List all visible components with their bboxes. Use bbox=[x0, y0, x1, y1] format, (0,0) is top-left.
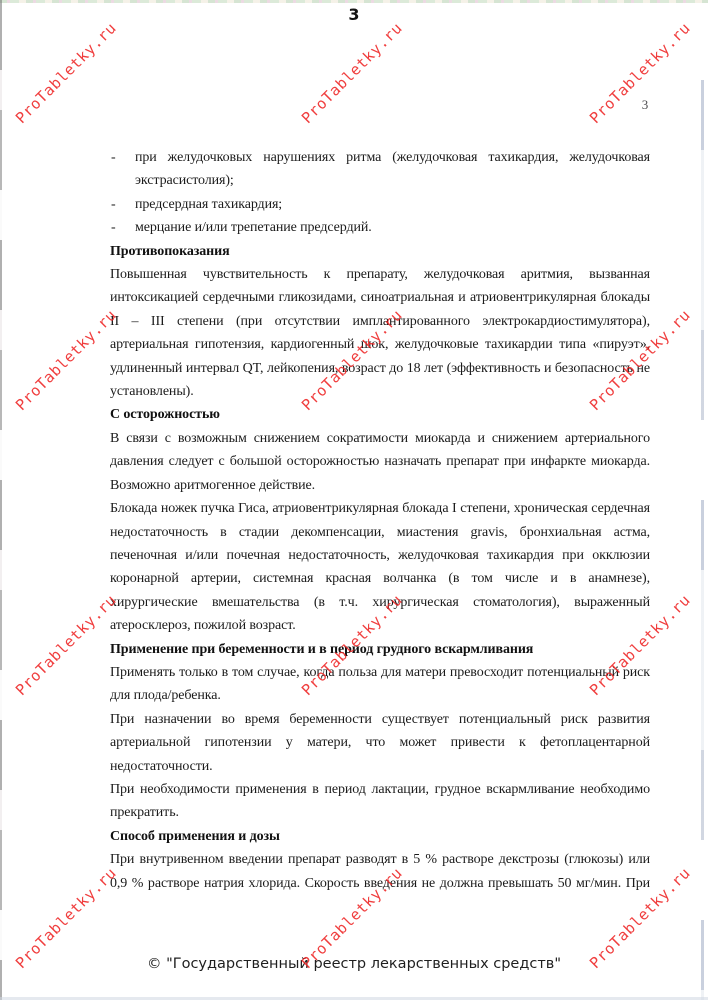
watermark-text: ProTabletky.ru bbox=[12, 306, 120, 414]
body-paragraph: Применять только в том случае, когда пол… bbox=[110, 661, 650, 708]
list-dash-marker: - bbox=[111, 193, 116, 216]
list-dash-marker: - bbox=[111, 146, 116, 169]
watermark-text: ProTabletky.ru bbox=[298, 19, 406, 127]
list-item: -предсердная тахикардия; bbox=[110, 193, 650, 216]
section-heading: Противопоказания bbox=[110, 240, 650, 263]
list-item-text: предсердная тахикардия; bbox=[135, 197, 282, 212]
footer-copyright: © "Государственный реестр лекарственных … bbox=[0, 956, 708, 972]
document-content: -при желудочковых нарушениях ритма (желу… bbox=[110, 146, 650, 895]
body-paragraph: При назначении во время беременности сущ… bbox=[110, 708, 650, 778]
scan-artifact-right-edge bbox=[701, 0, 704, 1000]
body-paragraph: Повышенная чувствительность к препарату,… bbox=[110, 263, 650, 403]
page-number-top: 3 bbox=[0, 5, 708, 24]
scan-artifact-left-edge bbox=[0, 0, 2, 1000]
page-number-right: 3 bbox=[630, 97, 660, 113]
body-paragraph: При внутривенном введении препарат разво… bbox=[110, 848, 650, 895]
section-heading: С осторожностью bbox=[110, 403, 650, 426]
body-paragraph: При необходимости применения в период ла… bbox=[110, 778, 650, 825]
list-item-text: при желудочковых нарушениях ритма (желуд… bbox=[135, 150, 650, 188]
list-item-text: мерцание и/или трепетание предсердий. bbox=[135, 220, 372, 235]
body-paragraph: В связи с возможным снижением сократимос… bbox=[110, 427, 650, 497]
list-item: -при желудочковых нарушениях ритма (желу… bbox=[110, 146, 650, 193]
section-heading: Применение при беременности и в период г… bbox=[110, 638, 650, 661]
scan-artifact-top-edge bbox=[0, 0, 708, 3]
body-paragraph: Блокада ножек пучка Гиса, атриовентрикул… bbox=[110, 497, 650, 637]
list-item: -мерцание и/или трепетание предсердий. bbox=[110, 216, 650, 239]
document-page: 3 3 -при желудочковых нарушениях ритма (… bbox=[0, 0, 708, 1000]
watermark-text: ProTabletky.ru bbox=[12, 19, 120, 127]
watermark-text: ProTabletky.ru bbox=[12, 591, 120, 699]
list-dash-marker: - bbox=[111, 216, 116, 239]
section-heading: Способ применения и дозы bbox=[110, 825, 650, 848]
